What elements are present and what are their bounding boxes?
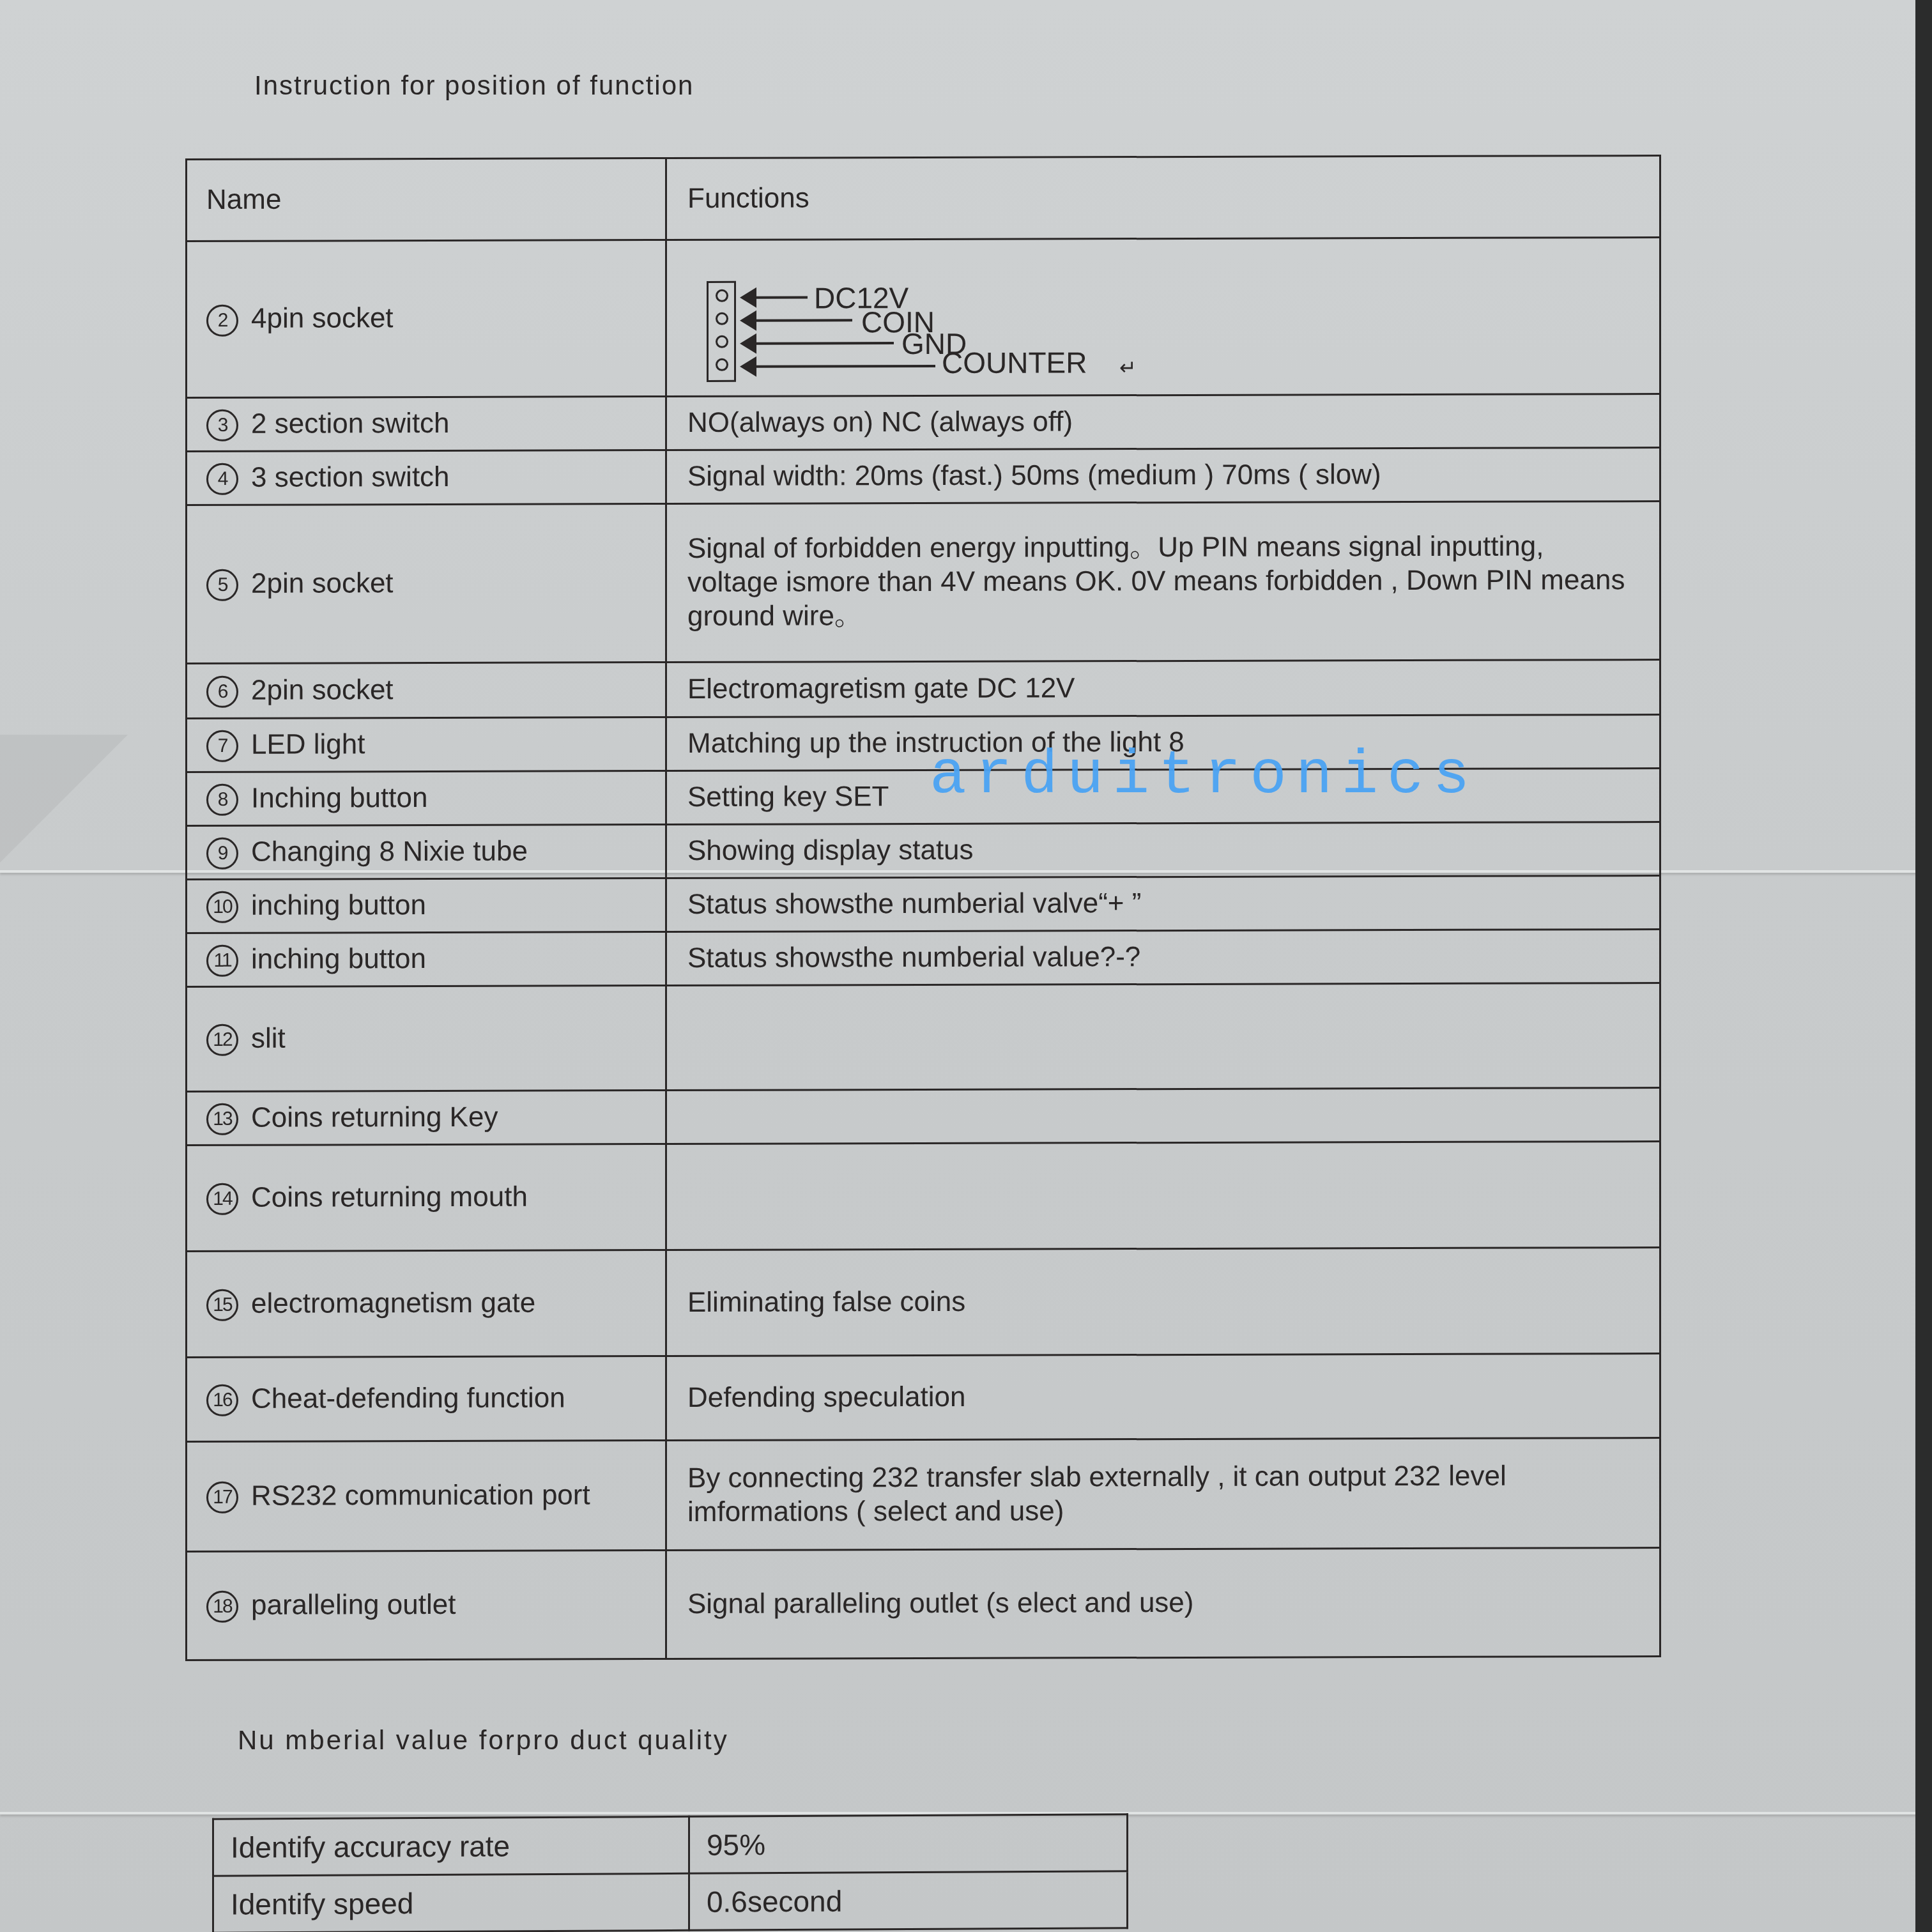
section-title-quality: Nu mberial value forpro duct quality — [238, 1725, 729, 1756]
table-row: 17RS232 communication port By connecting… — [187, 1437, 1660, 1551]
circled-number: 12 — [206, 1024, 238, 1056]
row-name: 12slit — [187, 986, 666, 1092]
row-function — [666, 1141, 1660, 1250]
quality-value: 95% — [689, 1814, 1128, 1874]
table-row: 43 section switch Signal width: 20ms (fa… — [187, 447, 1660, 505]
pin-diagram-cell: DC12V COIN GND COUNTER ↵ — [666, 237, 1660, 396]
row-name: 13Coins returning Key — [187, 1091, 666, 1146]
circled-number: 14 — [206, 1183, 238, 1215]
row-name-text: inching button — [251, 889, 426, 921]
watermark: arduitronics — [930, 741, 1478, 811]
row-name: 9Changing 8 Nixie tube — [187, 825, 666, 880]
row-name: 43 section switch — [187, 450, 666, 505]
table-row: 9Changing 8 Nixie tube Showing display s… — [187, 822, 1660, 879]
row-function: Electromagretism gate DC 12V — [666, 659, 1660, 717]
row-name: 8Inching button — [187, 771, 666, 826]
table-row: 32 section switch NO(always on) NC (alwa… — [187, 394, 1660, 451]
row-name-text: paralleling outlet — [251, 1589, 456, 1621]
circled-number: 5 — [206, 569, 238, 601]
row-name: 7LED light — [187, 717, 666, 772]
row-name: 15electromagnetism gate — [187, 1250, 666, 1358]
row-name-text: 2pin socket — [251, 567, 394, 599]
row-function: Signal width: 20ms (fast.) 50ms (medium … — [666, 447, 1660, 503]
table-row: 12slit — [187, 983, 1660, 1091]
quality-name: Identify speed — [213, 1873, 689, 1932]
row-name: 52pin socket — [187, 504, 666, 664]
circled-number: 6 — [206, 676, 238, 708]
section-title-function: Instruction for position of function — [254, 70, 694, 101]
row-function: Status showsthe numberial valve“+ ” — [666, 875, 1660, 931]
table-row: 52pin socket Signal of forbidden energy … — [187, 501, 1660, 663]
row-function — [666, 1087, 1660, 1144]
paper-shadow — [0, 735, 128, 862]
table-row: 16Cheat-defending function Defending spe… — [187, 1353, 1660, 1441]
table-row: Identify speed 0.6second — [213, 1871, 1128, 1932]
row-name-text: inching button — [251, 943, 426, 975]
row-name: 14Coins returning mouth — [187, 1144, 666, 1252]
row-function: Signal of forbidden energy inputting。Up … — [666, 501, 1660, 662]
row-name-text: RS232 communication port — [251, 1479, 590, 1511]
table-row: 15electromagnetism gate Eliminating fals… — [187, 1247, 1660, 1357]
row-name-text: 4pin socket — [251, 302, 394, 334]
pin-label-counter: COUNTER — [942, 348, 1087, 378]
circled-number: 7 — [206, 730, 238, 762]
row-name-text: Coins returning Key — [251, 1101, 498, 1133]
table-header-row: Name Functions — [187, 155, 1660, 241]
table-row: 13Coins returning Key — [187, 1087, 1660, 1145]
background-edge — [1915, 0, 1932, 1932]
row-function: Status showsthe numberial value?-? — [666, 929, 1660, 985]
row-function — [666, 983, 1660, 1090]
row-name: 17RS232 communication port — [187, 1441, 666, 1552]
quality-value: 0.6second — [689, 1871, 1128, 1931]
circled-number: 9 — [206, 838, 238, 870]
return-symbol-icon: ↵ — [1119, 355, 1137, 379]
header-name: Name — [187, 158, 666, 241]
row-name-text: LED light — [251, 728, 365, 760]
row-function: NO(always on) NC (always off) — [666, 394, 1660, 450]
row-name-text: 2pin socket — [251, 674, 394, 706]
circled-number: 18 — [206, 1591, 238, 1623]
connector-icon — [707, 281, 736, 382]
circled-number: 13 — [206, 1103, 238, 1135]
table-row: 10inching button Status showsthe numberi… — [187, 875, 1660, 933]
circled-number: 10 — [206, 891, 238, 923]
circled-number: 2 — [206, 304, 238, 336]
quality-name: Identify accuracy rate — [213, 1816, 689, 1876]
row-name-text: 3 section switch — [251, 461, 450, 493]
paper-sheet: Instruction for position of function Nam… — [0, 0, 1917, 1932]
row-name: 24pin socket — [187, 240, 666, 398]
row-name: 11inching button — [187, 932, 666, 987]
row-function: Defending speculation — [666, 1353, 1660, 1440]
row-name-text: slit — [251, 1022, 286, 1054]
header-functions: Functions — [666, 155, 1660, 240]
table-row: 14Coins returning mouth — [187, 1141, 1660, 1251]
pin-diagram: DC12V COIN GND COUNTER ↵ — [687, 252, 1641, 382]
arrow-icon — [740, 286, 808, 309]
row-name-text: Cheat-defending function — [251, 1382, 565, 1414]
circled-number: 15 — [206, 1289, 238, 1321]
row-name: 10inching button — [187, 878, 666, 933]
function-table: Name Functions 24pin socket DC12V COIN G… — [185, 155, 1661, 1661]
row-name: 32 section switch — [187, 397, 666, 452]
circled-number: 4 — [206, 463, 238, 495]
table-row: 24pin socket DC12V COIN GND COUNTER ↵ — [187, 237, 1660, 397]
row-function: Eliminating false coins — [666, 1247, 1660, 1356]
row-function: Signal paralleling outlet (s elect and u… — [666, 1547, 1660, 1659]
row-name: 62pin socket — [187, 663, 666, 719]
row-function: By connecting 232 transfer slab external… — [666, 1437, 1660, 1550]
row-name: 18paralleling outlet — [187, 1551, 666, 1660]
quality-table: Identify accuracy rate 95% Identify spee… — [212, 1813, 1128, 1932]
table-row: 11inching button Status showsthe numberi… — [187, 929, 1660, 986]
row-function: Showing display status — [666, 822, 1660, 878]
row-name-text: Inching button — [251, 782, 427, 814]
circled-number: 3 — [206, 410, 238, 441]
row-name: 16Cheat-defending function — [187, 1356, 666, 1442]
circled-number: 16 — [206, 1384, 238, 1416]
table-row: 18paralleling outlet Signal paralleling … — [187, 1547, 1660, 1660]
table-row: Identify accuracy rate 95% — [213, 1814, 1128, 1876]
row-name-text: 2 section switch — [251, 408, 450, 440]
circled-number: 8 — [206, 784, 238, 816]
table-row: 62pin socket Electromagretism gate DC 12… — [187, 659, 1660, 718]
circled-number: 11 — [206, 945, 238, 977]
row-name-text: Coins returning mouth — [251, 1181, 528, 1213]
row-name-text: Changing 8 Nixie tube — [251, 835, 528, 867]
circled-number: 17 — [206, 1482, 238, 1514]
row-name-text: electromagnetism gate — [251, 1287, 535, 1319]
